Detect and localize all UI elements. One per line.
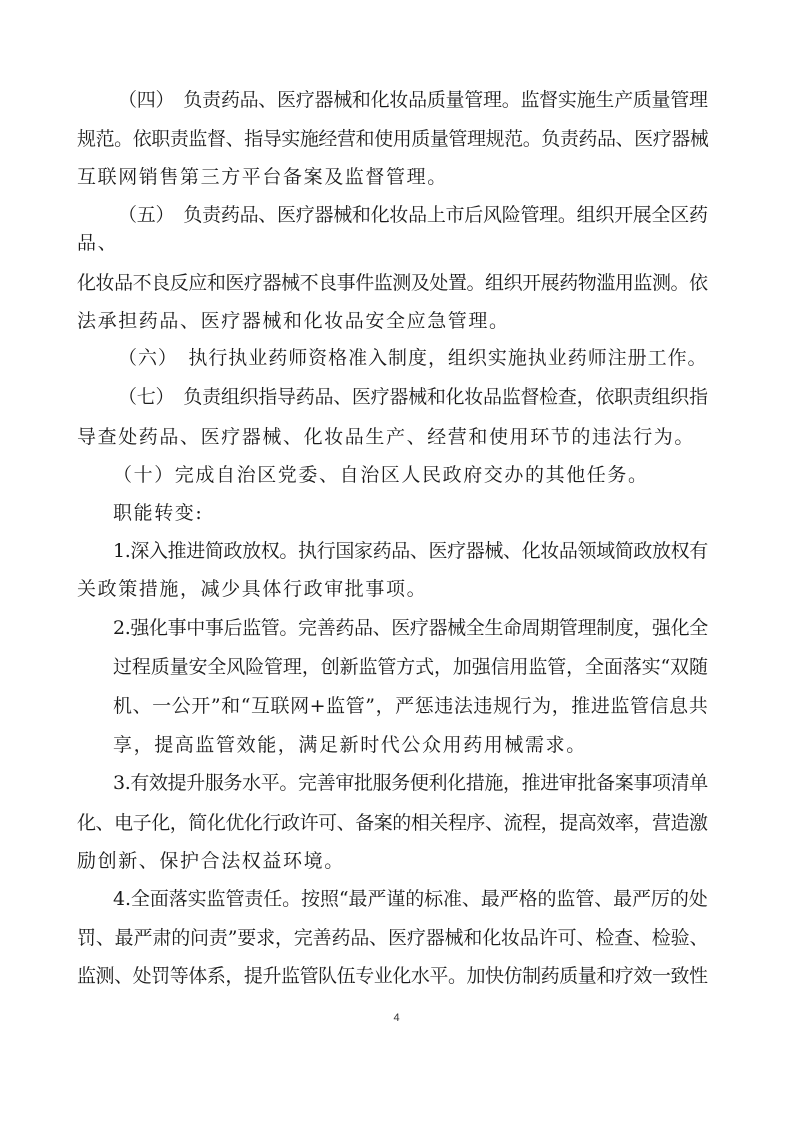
paragraph-line: （四） 负责药品、医疗器械和化妆品质量管理。监督实施生产质量管理	[118, 88, 708, 112]
paragraph-line: 过程质量安全风险管理，创新监管方式，加强信用监管，全面落实“双随	[113, 655, 708, 679]
paragraph-line: 监测、处罚等体系，提升监管队伍专业化水平。加快仿制药质量和疗效一致性	[77, 964, 708, 988]
paragraph-line: （五） 负责药品、医疗器械和化妆品上市后风险管理。组织开展全区药	[118, 203, 708, 227]
paragraph-line: 享，提高监管效能，满足新时代公众用药用械需求。	[113, 733, 587, 757]
paragraph-line: （七） 负责组织指导药品、医疗器械和化妆品监督检查，依职责组织指	[118, 385, 708, 409]
section-heading: 职能转变:	[113, 501, 203, 525]
paragraph-line: 2.强化事中事后监管。完善药品、医疗器械全生命周期管理制度，强化全	[113, 616, 708, 640]
document-page: （四） 负责药品、医疗器械和化妆品质量管理。监督实施生产质量管理 规范。依职责监…	[0, 0, 793, 1122]
paragraph-line: 化妆品不良反应和医疗器械不良事件监测及处置。组织开展药物滥用监测。依	[77, 271, 708, 295]
paragraph-line: 品、	[77, 231, 118, 255]
paragraph-line: 导查处药品、医疗器械、化妆品生产、经营和使用环节的违法行为。	[77, 425, 695, 449]
paragraph-line: 机、一公开”和“互联网+监管”，严惩违法违规行为，推进监管信息共	[113, 694, 708, 718]
paragraph-line: 1.深入推进简政放权。执行国家药品、医疗器械、化妆品领域简政放权有	[113, 539, 708, 563]
paragraph-line: 罚、最严肃的问责”要求，完善药品、医疗器械和化妆品许可、检查、检验、	[77, 926, 708, 950]
paragraph-line: （六） 执行执业药师资格准入制度，组织实施执业药师注册工作。	[118, 346, 708, 370]
paragraph-line: 化、电子化，简化优化行政许可、备案的相关程序、流程，提高效率，营造激	[77, 811, 708, 835]
paragraph-line: 规范。依职责监督、指导实施经营和使用质量管理规范。负责药品、医疗器械	[77, 127, 708, 151]
paragraph-line: 关政策措施，减少具体行政审批事项。	[77, 577, 427, 601]
paragraph-line: （十）完成自治区党委、自治区人民政府交办的其他任务。	[113, 463, 649, 487]
paragraph-line: 互联网销售第三方平台备案及监督管理。	[77, 165, 448, 189]
page-number: 4	[0, 1012, 793, 1024]
paragraph-line: 4.全面落实监管责任。按照“最严谨的标准、最严格的监管、最严厉的处	[113, 887, 708, 911]
paragraph-line: 法承担药品、医疗器械和化妆品安全应急管理。	[77, 309, 510, 333]
paragraph-line: 励创新、保护合法权益环境。	[77, 849, 345, 873]
paragraph-line: 3.有效提升服务水平。完善审批服务便利化措施，推进审批备案事项清单	[113, 771, 708, 795]
